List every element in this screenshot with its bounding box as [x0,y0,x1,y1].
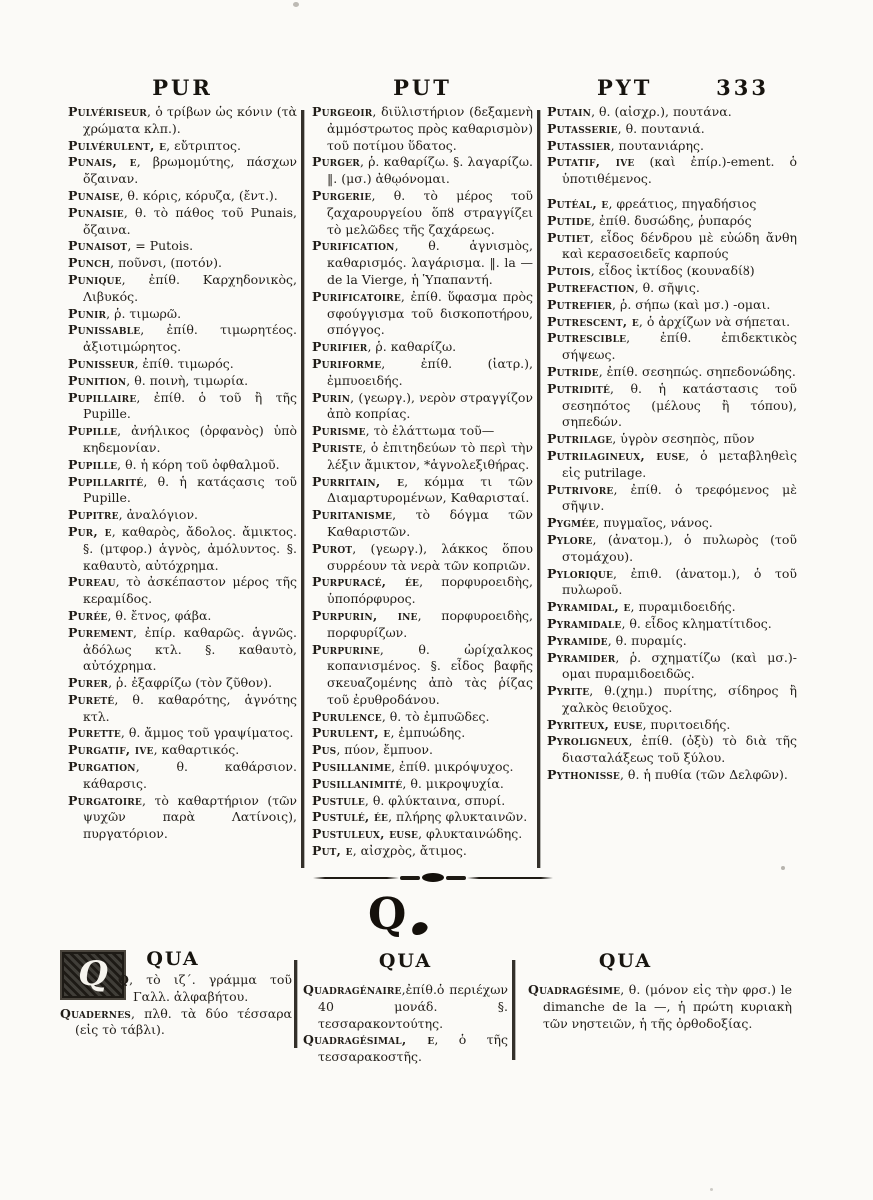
entry-headword: Pur, e [68,524,112,539]
entry-headword: Punissable [68,322,140,337]
entry-headword: Pupille [68,457,117,472]
entry-headword: Purot [312,541,352,556]
dictionary-entry: Purin, (γεωργ.), νερὸν στραγγίζον ἀπὸ κο… [312,390,533,424]
divider-gem-icon [422,873,444,882]
entry-definition: , εἶδος δένδρου μὲ εὐώδη ἄνθη καὶ κερασο… [562,230,797,262]
entry-headword: Purulence [312,709,382,724]
dictionary-entry: Pureté, θ. καθαρότης, ἁγνότης κτλ. [68,692,297,726]
divider-line [467,877,553,879]
dictionary-entry: Purpurine, θ. ὠρίχαλκος κοπανισμένος. §.… [312,642,533,709]
entry-definition: , πυριτοειδής. [642,717,730,732]
entry-definition: , θ. κόρις, κόρυζα, (ἔντ.). [119,188,277,203]
entry-definition: , πυγμαῖος, νάνος. [595,515,712,530]
dictionary-entry: Pupille, ἀνήλικος (ὀρφανὸς) ὑπὸ κηδεμονί… [68,423,297,457]
entry-headword: Purer [68,675,108,690]
dictionary-entry: Pulvériseur, ὁ τρίβων ὡς κόνιν (τὰ χρώμα… [68,104,297,138]
entry-definition: , = Putois. [127,238,193,253]
entry-definition: , καθαρτικός. [154,742,240,757]
entry-headword: Purulent, e [312,725,390,740]
entry-definition: , θ. μικροψυχία. [402,776,503,791]
dictionary-entry: Purgatif, ive, καθαρτικός. [68,742,297,759]
dictionary-entry: Pulvérulent, e, εὔτριπτος. [68,138,297,155]
dictionary-entry: Putrefaction, θ. σῆψις. [547,280,797,297]
entry-headword: Purgerie [312,188,371,203]
entry-headword: Punition [68,373,126,388]
dictionary-entry: Punir, ῥ. τιμωρῶ. [68,306,297,323]
dictionary-entry: Putridité, θ. ἡ κατάστασις τοῦ σεσηπότος… [547,381,797,431]
entry-headword: Punch [68,255,110,270]
dictionary-entry: Putrefier, ῥ. σήπω (καὶ μσ.) -ομαι. [547,297,797,314]
entry-headword: Pythonisse [547,767,620,782]
dictionary-entry: Putrivore, ἐπίθ. ὁ τρεφόμενος μὲ σῆψιν. [547,482,797,516]
dictionary-entry: Pythonisse, θ. ἡ πυθία (τῶν Δελφῶν). [547,767,797,784]
entry-headword: Pyramidal, e [547,599,631,614]
dictionary-entry: Pus, πύον, ἔμπυον. [312,742,533,759]
entry-headword: Purritain, e [312,474,404,489]
entry-headword: Purée [68,608,107,623]
entry-headword: Punaisot [68,238,127,253]
qua-column-middle: Quadragénaire,ἐπίθ.ὁ περιέχων 40 μονάδ. … [303,982,508,1066]
entry-headword: Pupille [68,423,117,438]
dictionary-entry: Pur, e, καθαρὸς, ἄδολος. ἄμικτος. §. (μτ… [68,524,297,574]
entry-headword: Pyroligneux [547,733,629,748]
entry-headword: Puriforme [312,356,381,371]
running-head-pyt: PYT 333 [547,76,797,100]
entry-headword: Purgatif, ive [68,742,154,757]
dictionary-entry: Pupitre, ἀναλόγιον. [68,507,297,524]
entry-headword: Quadragésimal, e [303,1032,434,1047]
entry-headword: Pyriteux, euse [547,717,642,732]
column-put: Purgeoir, διϋλιστήριον (δεξαμενὴ ἀμμόστρ… [312,104,533,870]
dictionary-entry: Punition, θ. ποινὴ, τιμωρία. [68,373,297,390]
qua-column-right: Quadragésime, θ. (μόνον εἰς τὴν φρσ.) le… [528,982,792,1032]
dictionary-entry: Purpuracé, ée, πορφυροειδὴς, ὑποπόρφυρος… [312,574,533,608]
dictionary-entry: Pylorique, ἐπιθ. (ἀνατομ.), ὁ τοῦ πυλωρο… [547,566,797,600]
scan-speck [781,866,785,870]
qua-column-left: Q Q, τὸ ιζ´. γράμμα τοῦ Γαλλ. ἀλφαβήτου.… [60,972,292,1039]
end-of-letter-divider [313,871,553,884]
divider-wing-icon [446,876,466,880]
dictionary-entry: Purgation, θ. καθάρσιον. κάθαρσις. [68,759,297,793]
entry-definition: , πυραμιδοειδής. [631,599,736,614]
ornamental-initial-letter: Q [78,954,108,994]
bottom-column-divider-rule [512,960,515,1060]
entry-headword: Pupillarité [68,474,143,489]
dictionary-entry: Purot, (γεωργ.), λάκκος ὅπου συρρέουν τὰ… [312,541,533,575]
entry-definition: , θ. εἶδος κληματίτιδος. [621,616,771,631]
entry-definition: , (γεωργ.), λάκκος ὅπου συρρέουν τὰ νερὰ… [327,541,533,573]
entry-definition: , τὸ ιζ´. γράμμα τοῦ Γαλλ. ἀλφαβήτου. [129,972,292,1004]
dictionary-entry: Purpurin, ine, πορφυροειδὴς, πορφυρίζων. [312,608,533,642]
entry-definition: , θ.(χημ.) πυρίτης, σίδηρος ἢ χαλκὸς θει… [562,683,797,715]
running-head-put: PUT [312,76,533,100]
entry-definition: , ῥ. καθαρίζω. [367,339,456,354]
entry-headword: Quadernes [60,1006,131,1021]
dictionary-entry: Punaisot, = Putois. [68,238,297,255]
entry-headword: Purifier [312,339,367,354]
entry-definition: , θ. τὸ ἐμπυῶδες. [382,709,490,724]
bottom-column-divider-rule [294,960,297,1048]
entry-headword: Pulvériseur [68,104,147,119]
entry-headword: Purgation [68,759,136,774]
dictionary-entry: Punisseur, ἐπίθ. τιμωρός. [68,356,297,373]
dictionary-entry: Putois, εἶδος ἰκτίδος (κουναδίȣ) [547,263,797,280]
entry-definition: , ἐπίθ. μικρόψυχος. [391,759,513,774]
dictionary-entry: Putéal, e, φρεάτιος, πηγαδήσιος [547,196,797,213]
entry-definition: , θ. πυραμίς. [608,633,687,648]
dictionary-entry: Pupillaire, ἐπίθ. ὁ τοῦ ἢ τῆς Pupille. [68,390,297,424]
entry-headword: Pygmée [547,515,595,530]
entry-headword: Putain [547,104,591,119]
dictionary-entry: Punique, ἐπίθ. Καρχηδονικὸς, Λιβυκός. [68,272,297,306]
entry-headword: Purpurine [312,642,380,657]
entry-headword: Pyramidale [547,616,621,631]
dictionary-entry: Putrilage, ὑγρὸν σεσηπὸς, πῦον [547,431,797,448]
entry-headword: Pyramider [547,650,615,665]
dictionary-entry: Pusillanime, ἐπίθ. μικρόψυχος. [312,759,533,776]
dictionary-entry: Pusillanimité, θ. μικροψυχία. [312,776,533,793]
entry-definition: , θ. (αἰσχρ.), πουτάνα. [591,104,732,119]
entry-headword: Pus [312,742,336,757]
dictionary-entry: Purulent, e, ἐμπυώδης. [312,725,533,742]
entry-definition: , ὑγρὸν σεσηπὸς, πῦον [612,431,754,446]
entry-headword: Putide [547,213,591,228]
dictionary-entry: Purgatoire, τὸ καθαρτήριον (τῶν ψυχῶν πα… [68,793,297,843]
section-header-qua-middle: QUA [303,950,508,972]
entry-headword: Putride [547,364,599,379]
entry-definition: , ποῦνσι, (ποτόν). [110,255,222,270]
entry-headword: Putiet [547,230,590,245]
dictionary-entry: Pyriteux, euse, πυριτοειδής. [547,717,797,734]
entry-headword: Punaise [68,188,119,203]
entry-headword: Purificatoire [312,289,401,304]
dictionary-entry: Putrilagineux, euse, ὁ μεταβληθεὶς εἰς p… [547,448,797,482]
entry-headword: Putassier [547,138,611,153]
ornamental-initial-q: Q [60,950,126,1000]
column-divider-rule [301,110,304,868]
dictionary-entry: Putain, θ. (αἰσχρ.), πουτάνα. [547,104,797,121]
entry-headword: Putrescent, e [547,314,639,329]
column-pur: Pulvériseur, ὁ τρίβων ὡς κόνιν (τὰ χρώμα… [68,104,297,870]
entry-headword: Putridité [547,381,610,396]
entry-headword: Pulvérulent, e [68,138,166,153]
dictionary-entry: Pustuleux, euse, φλυκταινώδης. [312,826,533,843]
entry-definition: , ῥ. ἐξαφρίζω (τὸν ζῦθον). [108,675,272,690]
entry-definition: , θ. ποινὴ, τιμωρία. [126,373,248,388]
entry-definition: , εὔτριπτος. [166,138,241,153]
entry-definition: , (ἀνατομ.), ὁ πυλωρὸς (τοῦ στομάχου). [562,532,797,564]
scan-speck [710,1188,713,1191]
section-header-qua-right: QUA [523,950,728,972]
entry-headword: Pustule [312,793,365,808]
dictionary-entry: Pyroligneux, ἐπίθ. (ὀξὺ) τὸ διὰ τῆς διασ… [547,733,797,767]
dictionary-entry: Purritain, e, κόμμα τι τῶν Διαμαρτυρομέν… [312,474,533,508]
entry-headword: Putrefaction [547,280,635,295]
dictionary-entry: Puriforme, ἐπίθ. (ἰατρ.), ἐμπυοειδής. [312,356,533,390]
entry-headword: Pusillanime [312,759,391,774]
entry-definition: , ἐπίθ. τιμωρός. [134,356,233,371]
entry-definition: , θ. ἡ κόρη τοῦ ὀφθαλμοῦ. [117,457,279,472]
dictionary-page: PUR PUT PYT 333 Pulvériseur, ὁ τρίβων ὡς… [0,0,873,1200]
dictionary-entry: Puritanisme, τὸ δόγμα τῶν Καθαριστῶν. [312,507,533,541]
entry-headword: Putrilage [547,431,612,446]
column-divider-rule [537,110,540,868]
dictionary-entry: Purgerie, θ. τὸ μέρος τοῦ ζαχαρουργείου … [312,188,533,238]
entry-definition: , ἐπίθ. σεσηπώς. σηπεδονώδης. [599,364,796,379]
entry-definition: , καθαρὸς, ἄδολος. ἄμικτος. §. (μτφορ.) … [83,524,297,573]
dictionary-entry: Purulence, θ. τὸ ἐμπυῶδες. [312,709,533,726]
dictionary-entry: Purifier, ῥ. καθαρίζω. [312,339,533,356]
entry-headword: Putrilagineux, euse [547,448,685,463]
entry-headword: Purin [312,390,350,405]
dictionary-entry: Pustulé, ée, πλήρης φλυκταινῶν. [312,809,533,826]
entry-definition: , ῥ. τιμωρῶ. [106,306,181,321]
dictionary-entry: Pyramidale, θ. εἶδος κληματίτιδος. [547,616,797,633]
dictionary-entry: Punaise, θ. κόρις, κόρυζα, (ἔντ.). [68,188,297,205]
dictionary-entry: Pupillarité, θ. ἡ κατάςασις τοῦ Pupille. [68,474,297,508]
dictionary-entry: Quadragésimal, e, ὁ τῆς τεσσαρακοστῆς. [303,1032,508,1066]
dictionary-entry: Put, e, αἰσχρὸς, ἄτιμος. [312,843,533,860]
entry-definition: , ὁ ἀρχίζων νὰ σήπεται. [639,314,790,329]
entry-headword: Quadragénaire [303,982,402,997]
dictionary-entry: Pylore, (ἀνατομ.), ὁ πυλωρὸς (τοῦ στομάχ… [547,532,797,566]
entry-headword: Putrescible [547,330,626,345]
entry-headword: Putrefier [547,297,612,312]
dictionary-entry: Pygmée, πυγμαῖος, νάνος. [547,515,797,532]
entry-headword: Put, e [312,843,353,858]
entry-headword: Putrivore [547,482,613,497]
dictionary-entry: Purer, ῥ. ἐξαφρίζω (τὸν ζῦθον). [68,675,297,692]
entry-headword: Pustulé, ée [312,809,388,824]
dictionary-entry: Putrescent, e, ὁ ἀρχίζων νὰ σήπεται. [547,314,797,331]
entry-definition: , θ. ἄμμος τοῦ γραψίματος. [121,725,294,740]
dictionary-entry: Purée, θ. ἔτνος, φάβα. [68,608,297,625]
entry-headword: Punaisie [68,205,124,220]
entry-headword: Putasserie [547,121,618,136]
dictionary-entry: Quadragésime, θ. (μόνον εἰς τὴν φρσ.) le… [528,982,792,1032]
running-head-pyt-label: PYT [597,76,652,100]
entry-headword: Q [118,972,129,987]
dictionary-entry: Purgeoir, διϋλιστήριον (δεξαμενὴ ἀμμόστρ… [312,104,533,154]
entry-headword: Purpurin, ine [312,608,418,623]
q-ornament-blob-icon [410,920,430,938]
entry-headword: Pureté [68,692,114,707]
entry-definition: , ἐμπυώδης. [390,725,465,740]
entry-headword: Purpuracé, ée [312,574,419,589]
dictionary-entry: Pustule, θ. φλύκταινα, σπυρί. [312,793,533,810]
entry-headword: Putois [547,263,591,278]
dictionary-entry: Putrescible, ἐπίθ. ἐπιδεκτικὸς σήψεως. [547,330,797,364]
entry-headword: Purement [68,625,133,640]
entry-headword: Purger [312,154,360,169]
entry-headword: Puriste [312,440,362,455]
dictionary-entry: Putiet, εἶδος δένδρου μὲ εὐώδη ἄνθη καὶ … [547,230,797,264]
section-header-qua-left: QUA [118,948,228,970]
letter-q-ornament: Q [368,890,425,944]
entry-definition: , ῥ. σήπω (καὶ μσ.) -ομαι. [612,297,770,312]
entry-definition: , θ. σῆψις. [635,280,700,295]
entry-headword: Purgeoir [312,104,372,119]
page-number: 333 [716,76,769,100]
entry-headword: Pupitre [68,507,119,522]
entry-headword: Punais, e [68,154,137,169]
dictionary-entry: Putatif, ive (καὶ ἐπίρ.)-ement. ὁ ὑποτιθ… [547,154,797,188]
dictionary-entry: Purification, θ. ἁγνισμὸς, καθαρισμός. λ… [312,238,533,288]
entry-definition: , θ. καθαρότης, ἁγνότης κτλ. [83,692,297,724]
entry-headword: Purification [312,238,395,253]
entry-definition: , φρεάτιος, πηγαδήσιος [608,196,756,211]
entry-definition: , εἶδος ἰκτίδος (κουναδίȣ) [591,263,755,278]
dictionary-entry: Quadragénaire,ἐπίθ.ὁ περιέχων 40 μονάδ. … [303,982,508,1032]
dictionary-entry: Quadernes, πλθ. τὰ δύο τέσσαρα (εἰς τὸ τ… [60,1006,292,1040]
entry-headword: Putatif, ive [547,154,634,169]
column-pyt: Putain, θ. (αἰσχρ.), πουτάνα.Putasserie,… [547,104,797,870]
dictionary-entry: Putassier, πουτανιάρης. [547,138,797,155]
entry-headword: Pupillaire [68,390,136,405]
dictionary-entry: Putasserie, θ. πουτανιά. [547,121,797,138]
entry-headword: Pusillanimité [312,776,402,791]
entry-headword: Puritanisme [312,507,392,522]
dictionary-entry: Pyrite, θ.(χημ.) πυρίτης, σίδηρος ἢ χαλκ… [547,683,797,717]
entry-definition: , θ. φλύκταινα, σπυρί. [365,793,505,808]
dictionary-entry: Purette, θ. ἄμμος τοῦ γραψίματος. [68,725,297,742]
scan-speck [293,2,299,7]
divider-wing-icon [400,876,420,880]
entry-definition: , ἀναλόγιον. [119,507,198,522]
entry-headword: Purgatoire [68,793,142,808]
entry-headword: Pustuleux, euse [312,826,418,841]
dictionary-entry: Punaisie, θ. τὸ πάθος τοῦ Punais, ὄζαινα… [68,205,297,239]
entry-headword: Pyramide [547,633,608,648]
entry-definition: , θ. ἡ πυθία (τῶν Δελφῶν). [620,767,788,782]
entry-definition: , πλήρης φλυκταινῶν. [388,809,527,824]
entry-headword: Punique [68,272,122,287]
running-head-pur: PUR [68,76,297,100]
dictionary-entry: Purificatoire, ἐπίθ. ὕφασμα πρὸς σφούγγι… [312,289,533,339]
dictionary-entry: Punissable, ἐπίθ. τιμωρητέος. ἀξιοτιμώρη… [68,322,297,356]
dictionary-entry: Pyramider, ῥ. σχηματίζω (καὶ μσ.)-ομαι π… [547,650,797,684]
dictionary-entry: Putride, ἐπίθ. σεσηπώς. σηπεδονώδης. [547,364,797,381]
entry-definition: , ἐπίθ. δυσώδης, ῥυπαρός [591,213,752,228]
entry-definition: , πουτανιάρης. [611,138,704,153]
q-ornament-glyph: Q [368,889,406,940]
entry-headword: Punir [68,306,106,321]
entry-headword: Pylorique [547,566,613,581]
entry-headword: Quadragésime [528,982,620,997]
entry-headword: Pyrite [547,683,589,698]
entry-definition: , τὸ ἀσκέπαστον μέρος τῆς κεραμίδος. [83,574,297,606]
entry-headword: Punisseur [68,356,134,371]
dictionary-entry: Pureau, τὸ ἀσκέπαστον μέρος τῆς κεραμίδο… [68,574,297,608]
entry-definition: , τὸ ἐλάττωμα τοῦ— [366,423,495,438]
entry-definition: , πύον, ἔμπυον. [336,742,433,757]
dictionary-entry: Pyramide, θ. πυραμίς. [547,633,797,650]
dictionary-entry: Purger, ῥ. καθαρίζω. §. λαγαρίζω. ‖. (μσ… [312,154,533,188]
entry-definition: , θ. ἔτνος, φάβα. [107,608,211,623]
dictionary-entry: Purement, ἐπίρ. καθαρῶς. ἁγνῶς. ἀδόλως κ… [68,625,297,675]
dictionary-entry: Purisme, τὸ ἐλάττωμα τοῦ— [312,423,533,440]
dictionary-entry: Punch, ποῦνσι, (ποτόν). [68,255,297,272]
entry-definition: , θ. πουτανιά. [618,121,705,136]
entry-headword: Pureau [68,574,116,589]
divider-line [313,877,399,879]
entry-definition: , αἰσχρὸς, ἄτιμος. [353,843,467,858]
entry-headword: Purette [68,725,121,740]
dictionary-entry: Pyramidal, e, πυραμιδοειδής. [547,599,797,616]
dictionary-entry: Punais, e, βρωμομύτης, πάσχων ὄζαιναν. [68,154,297,188]
entry-definition: , φλυκταινώδης. [418,826,522,841]
dictionary-entry: Puriste, ὁ ἐπιτηδεύων τὸ περὶ τὴν λέξιν … [312,440,533,474]
entry-headword: Putéal, e [547,196,608,211]
dictionary-entry: Putide, ἐπίθ. δυσώδης, ῥυπαρός [547,213,797,230]
entry-headword: Purisme [312,423,366,438]
entry-definition: , (γεωργ.), νερὸν στραγγίζον ἀπὸ κοπρίας… [327,390,533,422]
entry-headword: Pylore [547,532,593,547]
dictionary-entry: Pupille, θ. ἡ κόρη τοῦ ὀφθαλμοῦ. [68,457,297,474]
